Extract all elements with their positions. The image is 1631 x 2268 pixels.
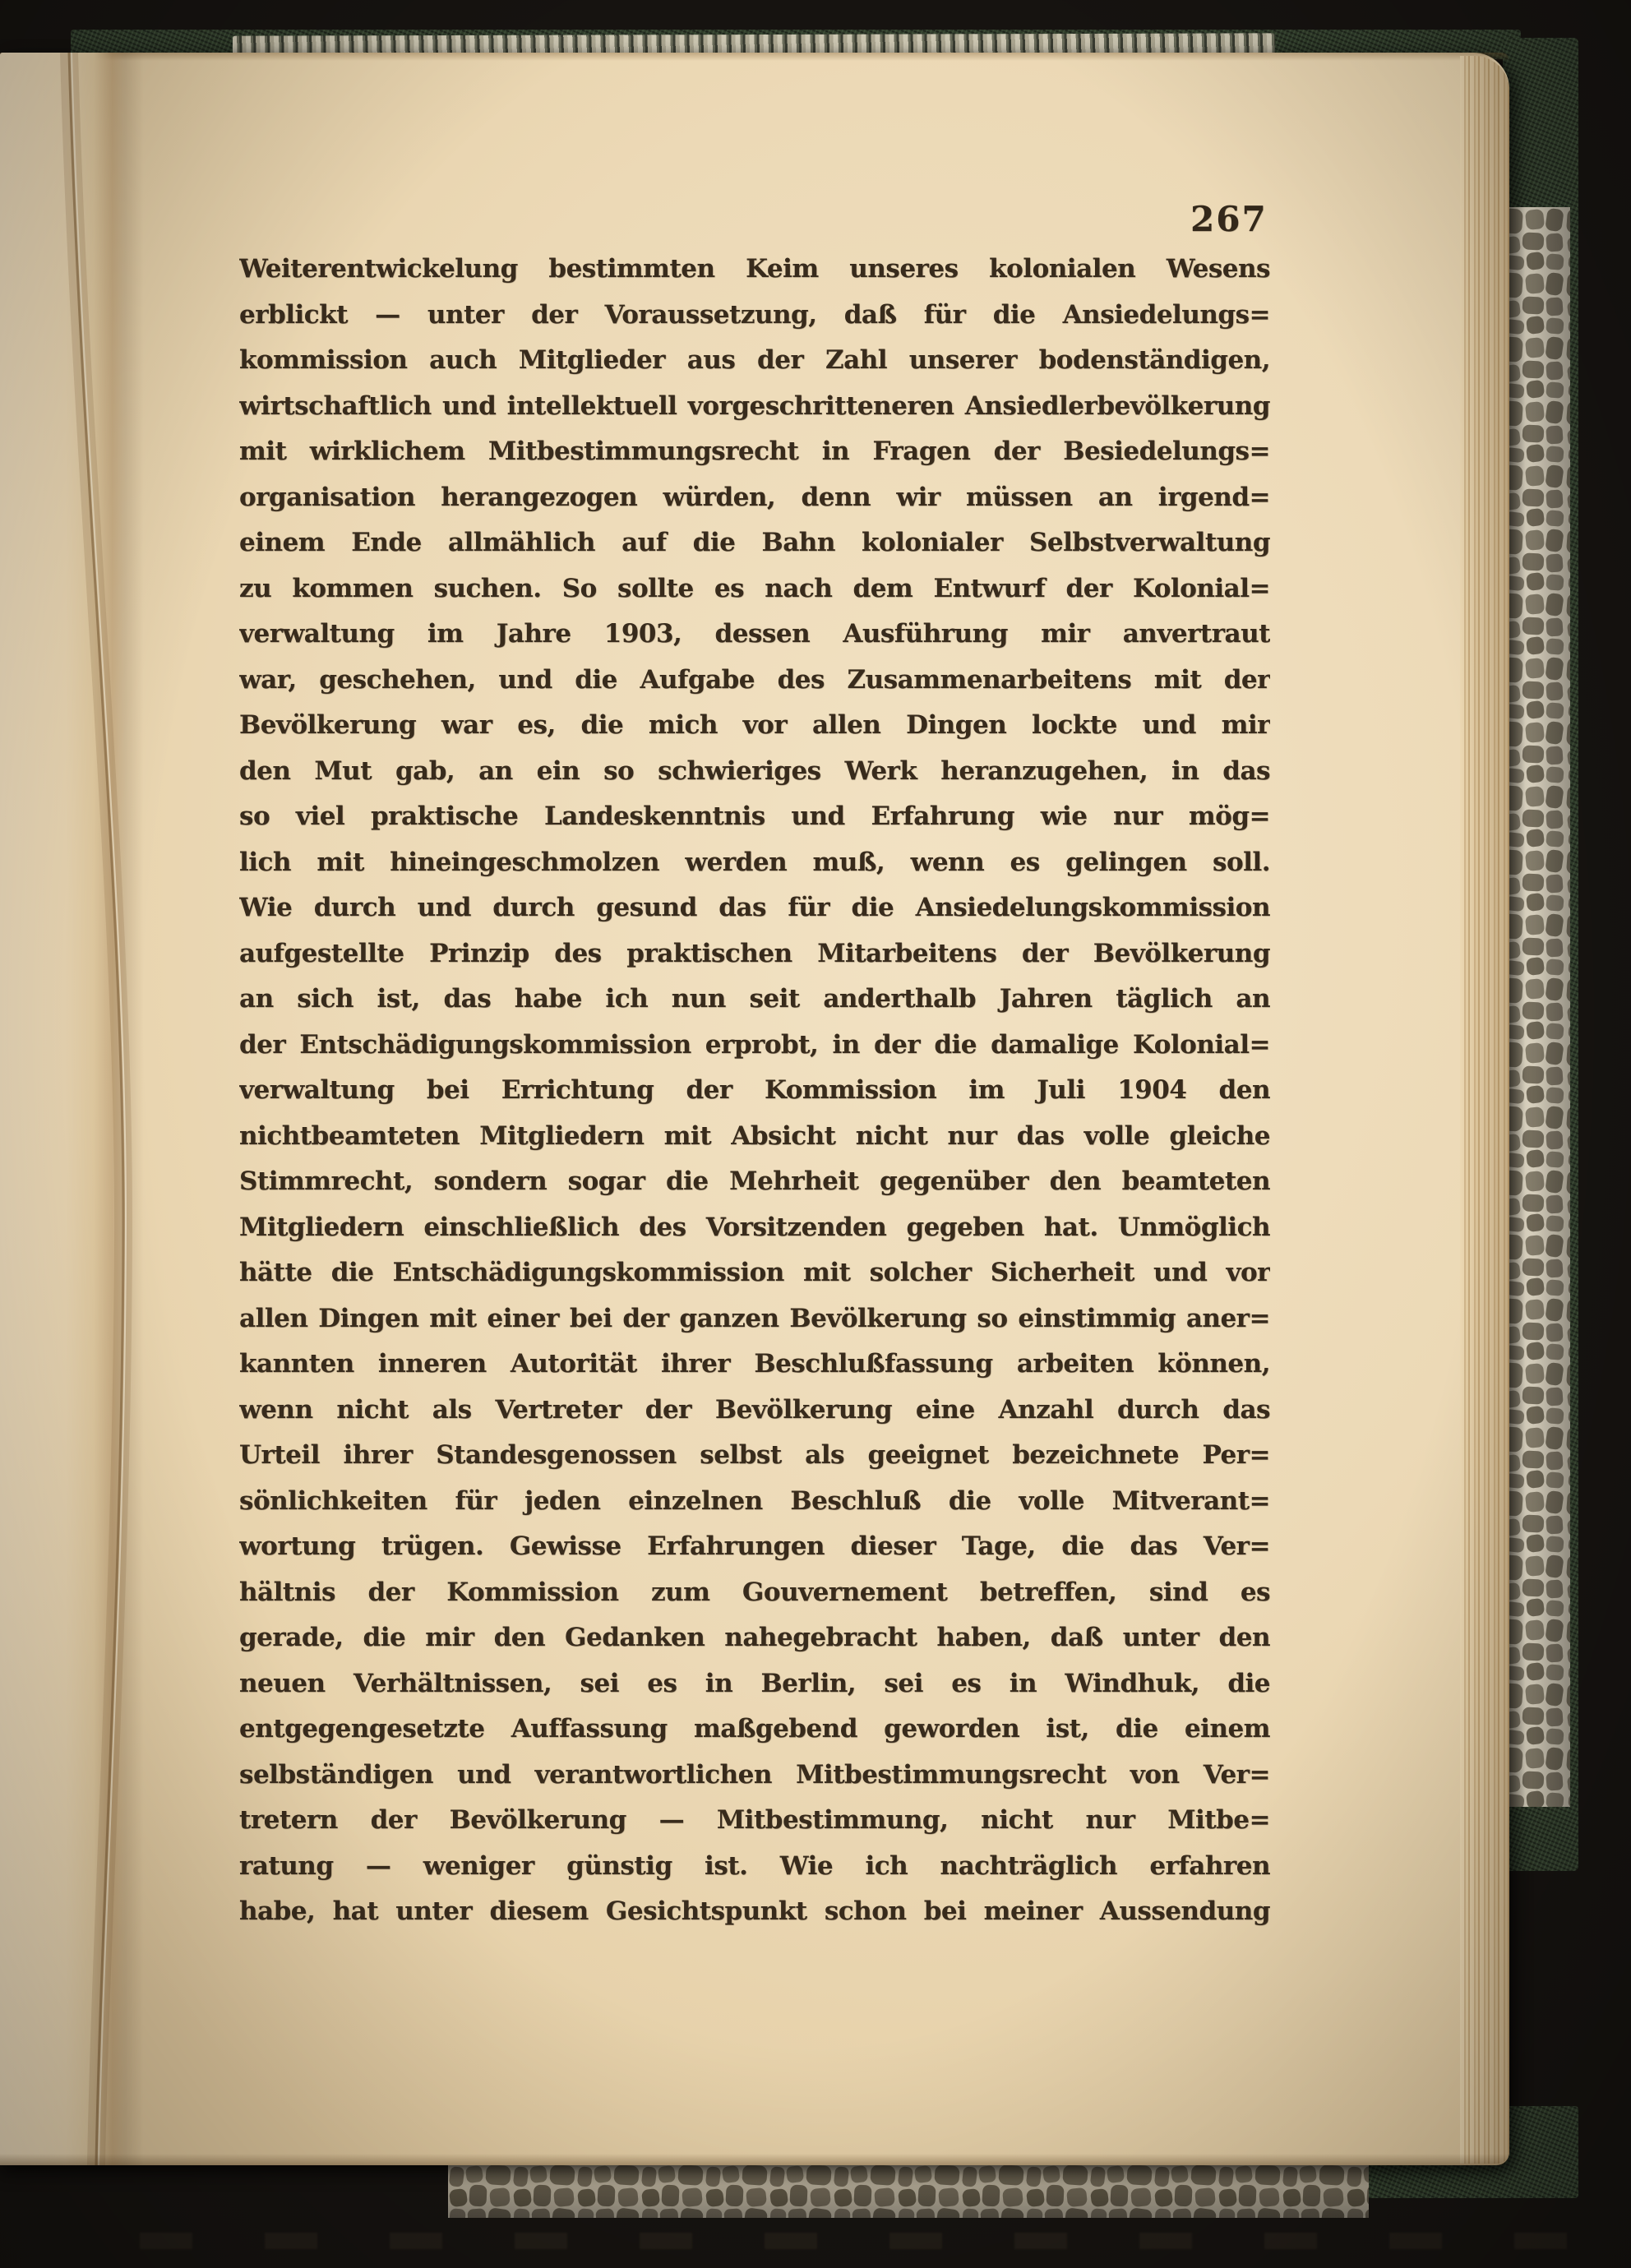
text-line: so viel praktische Landeskenntnis und Er… <box>239 794 1270 840</box>
text-line: selbständigen und verantwortlichen Mitbe… <box>239 1753 1270 1799</box>
marbled-paper-strip-right <box>1501 207 1570 1807</box>
text-line: Weiterentwickelung bestimmten Keim unser… <box>239 247 1270 293</box>
text-line: verwaltung bei Errichtung der Kommission… <box>239 1068 1270 1114</box>
text-line: verwaltung im Jahre 1903, dessen Ausführ… <box>239 612 1270 658</box>
text-line: wenn nicht als Vertreter der Bevölkerung… <box>239 1388 1270 1434</box>
text-line: entgegengesetzte Auffassung maßgebend ge… <box>239 1707 1270 1753</box>
text-line: ratung — weniger günstig ist. Wie ich na… <box>239 1844 1270 1890</box>
text-line: wortung trügen. Gewisse Erfahrungen dies… <box>239 1524 1270 1570</box>
page-text-block: Weiterentwickelung bestimmten Keim unser… <box>239 247 1270 1935</box>
text-line: erblickt — unter der Voraussetzung, daß … <box>239 293 1270 339</box>
text-line: aufgestellte Prinzip des praktischen Mit… <box>239 931 1270 977</box>
text-line: den Mut gab, an ein so schwieriges Werk … <box>239 749 1270 795</box>
text-line: Wie durch und durch gesund das für die A… <box>239 885 1270 931</box>
book-photo: 267 Weiterentwickelung bestimmten Keim u… <box>0 0 1631 2268</box>
text-line: hältnis der Kommission zum Gouvernement … <box>239 1570 1270 1616</box>
text-line: war, geschehen, und die Aufgabe des Zusa… <box>239 658 1270 704</box>
text-line: nichtbeamteten Mitgliedern mit Absicht n… <box>239 1114 1270 1160</box>
text-line: sönlichkeiten für jeden einzelnen Beschl… <box>239 1479 1270 1525</box>
book-page: 267 Weiterentwickelung bestimmten Keim u… <box>0 53 1509 2165</box>
text-line: Urteil ihrer Standesgenossen selbst als … <box>239 1433 1270 1479</box>
text-line: tretern der Bevölkerung — Mitbestimmung,… <box>239 1798 1270 1844</box>
text-line: lich mit hineingeschmolzen werden muß, w… <box>239 840 1270 886</box>
marbled-paper-strip-bottom <box>448 2164 1369 2218</box>
gutter-fold-crease <box>0 53 173 2165</box>
text-line: allen Dingen mit einer bei der ganzen Be… <box>239 1296 1270 1342</box>
text-line: zu kommen suchen. So sollte es nach dem … <box>239 566 1270 612</box>
text-line: Stimmrecht, sondern sogar die Mehrheit g… <box>239 1159 1270 1205</box>
text-line: organisation herangezogen würden, denn w… <box>239 475 1270 521</box>
page-number: 267 <box>1190 199 1268 239</box>
surface-marks <box>140 2233 1573 2249</box>
text-line: habe, hat unter diesem Gesichtspunkt sch… <box>239 1889 1270 1935</box>
text-line: hätte die Entschädigungskommission mit s… <box>239 1250 1270 1296</box>
text-line: an sich ist, das habe ich nun seit ander… <box>239 977 1270 1023</box>
page-edge-stack <box>1460 56 1509 2164</box>
text-line: einem Ende allmählich auf die Bahn kolon… <box>239 520 1270 566</box>
text-line: Mitgliedern einschließlich des Vorsitzen… <box>239 1205 1270 1251</box>
text-line: Bevölkerung war es, die mich vor allen D… <box>239 703 1270 749</box>
text-line: gerade, die mir den Gedanken nahegebrach… <box>239 1615 1270 1661</box>
text-line: mit wirklichem Mitbestimmungsrecht in Fr… <box>239 429 1270 475</box>
text-line: wirtschaftlich und intellektuell vorgesc… <box>239 384 1270 430</box>
text-line: kannten inneren Autorität ihrer Beschluß… <box>239 1342 1270 1388</box>
text-line: der Entschädigungskommission erprobt, in… <box>239 1023 1270 1069</box>
text-line: kommission auch Mitglieder aus der Zahl … <box>239 338 1270 384</box>
text-line: neuen Verhältnissen, sei es in Berlin, s… <box>239 1661 1270 1707</box>
